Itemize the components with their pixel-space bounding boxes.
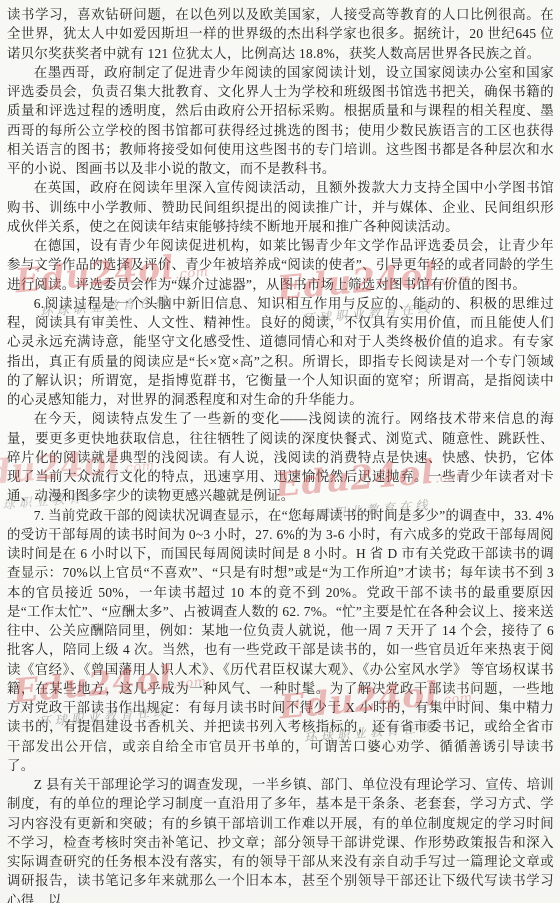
paragraph-7-cadre-reading-survey: 7. 当前党政干部的阅读状况调查显示，在“您每周读书的时间是多少”的调查中，33…	[7, 506, 554, 776]
paragraph-6-reading-process: 6.阅读过程是一个头脑中新旧信息、知识相互作用与反应的、能动的、积极的思维过程，…	[7, 294, 554, 410]
paragraph-z-county-theory-study: Z 县有关干部理论学习的调查发现，一半乡镇、部门、单位没有理论学习、宣传、培训制…	[7, 775, 554, 903]
scanned-document-page: 读书学习，喜欢钻研问题，在以色列以及欧美国家，人接受高等教育的人口比例很高。在全…	[0, 0, 560, 903]
paragraph-mexico-reading-plan: 在墨西哥，政府制定了促进青少年阅读的国家阅读计划，设立国家阅读办公室和国家评选委…	[7, 63, 554, 179]
paragraph-shallow-reading: 在今天，阅读特点发生了一些新的变化——浅阅读的流行。网络技术带来信息的海量，要更…	[7, 409, 554, 505]
paragraph-jewish-reading: 读书学习，喜欢钻研问题，在以色列以及欧美国家，人接受高等教育的人口比例很高。在全…	[7, 5, 554, 63]
document-body-text: 读书学习，喜欢钻研问题，在以色列以及欧美国家，人接受高等教育的人口比例很高。在全…	[7, 5, 554, 903]
paragraph-germany-reading: 在德国，设有青少年阅读促进机构，如莱比锡青少年文学作品评选委员会，让青少年参与文…	[7, 236, 554, 294]
paragraph-uk-reading-year: 在英国，政府在阅读年里深入宣传阅读活动，且额外拨款大力支持全国中小学图书馆购书、…	[7, 178, 554, 236]
